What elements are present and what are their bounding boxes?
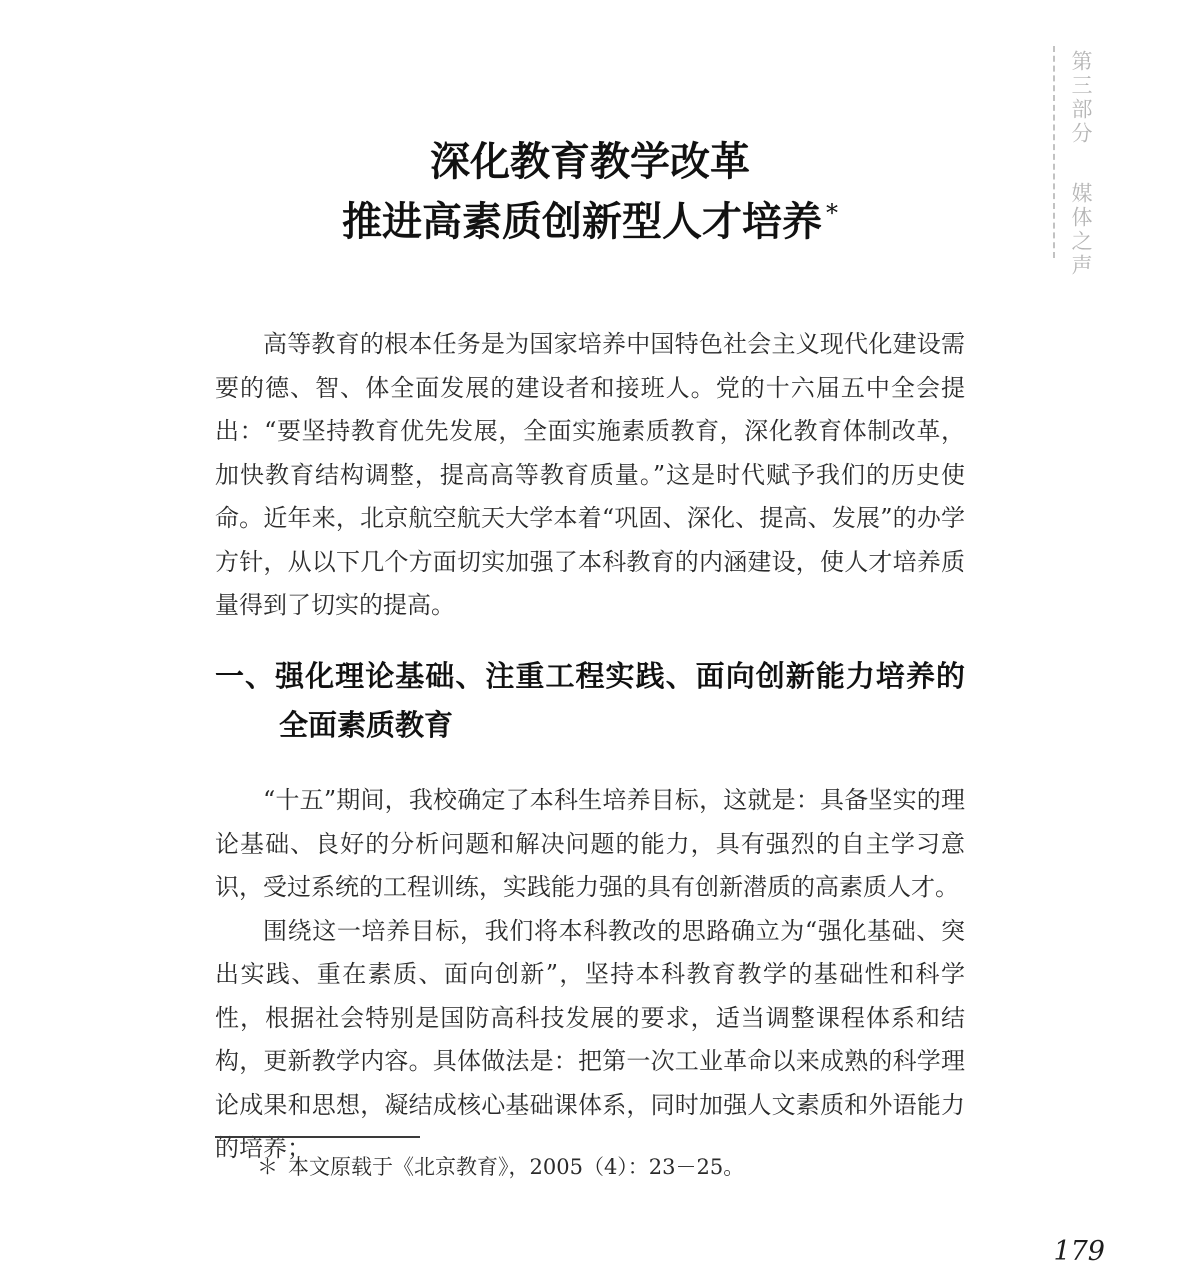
section-label: 媒体之声 <box>1069 182 1093 278</box>
page-number: 179 <box>1053 1236 1105 1267</box>
part-label: 第三部分 <box>1069 50 1093 146</box>
paragraph-3: 围绕这一培养目标，我们将本科教改的思路确立为“强化基础、突出实践、重在素质、面向… <box>215 910 965 1171</box>
title-line-2: 推进高素质创新型人才培养* <box>215 192 965 252</box>
sidebar-dashed-rule <box>1053 46 1055 258</box>
chapter-sidebar: 第三部分 媒体之声 <box>1066 50 1096 278</box>
title-line-2-text: 推进高素质创新型人才培养 <box>342 198 822 245</box>
title-footnote-marker: * <box>826 199 838 227</box>
book-page: 第三部分 媒体之声 深化教育教学改革 推进高素质创新型人才培养* 高等教育的根本… <box>0 0 1177 1286</box>
footnote-text: ＊本文原载于《北京教育》，2005（4）：23－25。 <box>215 1152 965 1182</box>
section-1-heading: 一、强化理论基础、注重工程实践、面向创新能力培养的全面素质教育 <box>215 652 965 750</box>
paragraph-1: 高等教育的根本任务是为国家培养中国特色社会主义现代化建设需要的德、智、体全面发展… <box>215 323 965 628</box>
section-1-paragraph-block: “十五”期间，我校确定了本科生培养目标，这就是：具备坚实的理论基础、良好的分析问… <box>215 779 965 1171</box>
article-title: 深化教育教学改革 推进高素质创新型人才培养* <box>215 132 965 252</box>
intro-paragraph-block: 高等教育的根本任务是为国家培养中国特色社会主义现代化建设需要的德、智、体全面发展… <box>215 323 965 628</box>
title-line-1: 深化教育教学改革 <box>215 132 965 192</box>
footnote-divider-rule <box>215 1136 420 1138</box>
paragraph-2: “十五”期间，我校确定了本科生培养目标，这就是：具备坚实的理论基础、良好的分析问… <box>215 779 965 910</box>
footnote-source-text: 本文原载于《北京教育》，2005（4）：23－25。 <box>288 1155 744 1179</box>
footnote-block: ＊本文原载于《北京教育》，2005（4）：23－25。 <box>215 1136 965 1182</box>
footnote-marker: ＊ <box>257 1155 278 1179</box>
